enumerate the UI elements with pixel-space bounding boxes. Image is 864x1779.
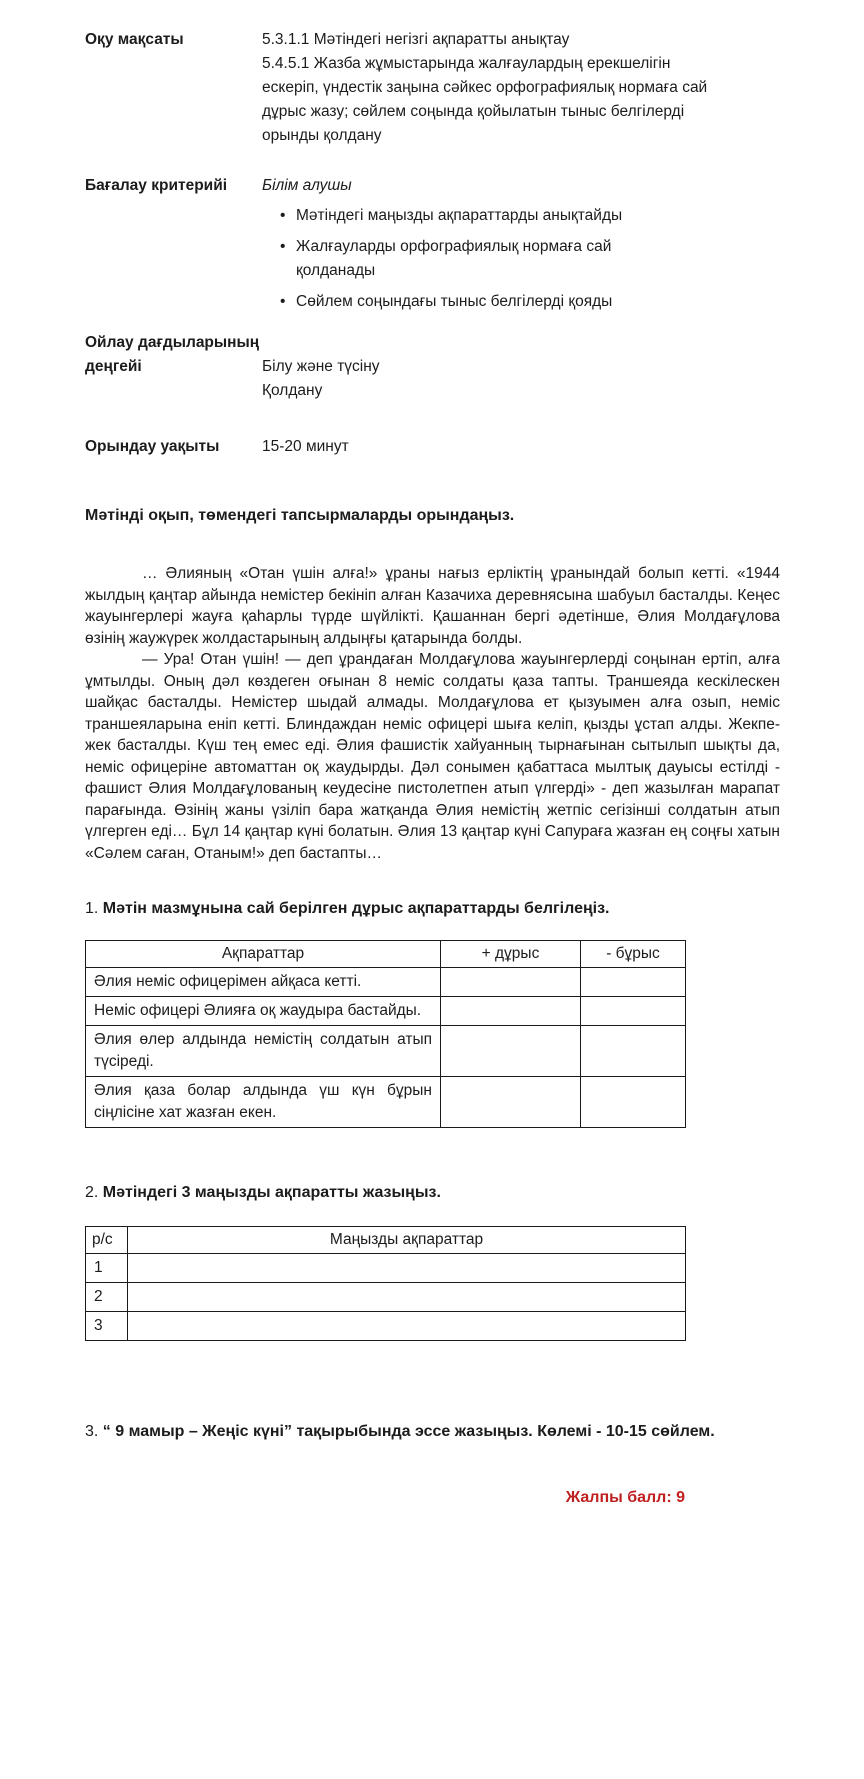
task1-row1-correct-cell	[441, 968, 581, 997]
reading-passage: … Әлияның «Отан үшін алға!» ұраны нағыз …	[85, 563, 780, 864]
task1-row1-incorrect-cell	[581, 968, 686, 997]
task1-row3-correct-cell	[441, 1026, 581, 1077]
task2-number: 2.	[85, 1184, 98, 1201]
criteria-intro: Білім алушы	[262, 174, 712, 198]
task2-row1-answer-cell	[128, 1254, 686, 1283]
task2-row2-answer-cell	[128, 1283, 686, 1312]
task1-table: Ақпараттар + дұрыс - бұрыс Әлия неміс оф…	[85, 940, 686, 1128]
task1-table-header-row: Ақпараттар + дұрыс - бұрыс	[86, 941, 686, 968]
objective-item-2: 5.4.5.1 Жазба жұмыстарында жалғаулардың …	[262, 52, 712, 148]
task3-heading: 3. “ 9 мамыр – Жеңіс күні” тақырыбында э…	[85, 1421, 780, 1443]
learning-objective-row: Оқу мақсаты 5.3.1.1 Мәтіндегі негізгі ақ…	[85, 28, 780, 148]
learning-objective-value: 5.3.1.1 Мәтіндегі негізгі ақпаратты анық…	[262, 28, 712, 148]
task3-number: 3.	[85, 1423, 98, 1440]
task2-row2-number: 2	[86, 1283, 128, 1312]
task2-table-row: 2	[86, 1283, 686, 1312]
task1-heading: 1. Мәтін мазмұнына сай берілген дұрыс ақ…	[85, 898, 780, 920]
task2-table-row: 3	[86, 1312, 686, 1341]
task1-row2-incorrect-cell	[581, 997, 686, 1026]
thinking-skills-label-line2: деңгейі	[85, 355, 262, 379]
document-page: Оқу мақсаты 5.3.1.1 Мәтіндегі негізгі ақ…	[0, 0, 864, 1779]
task3-title: “ 9 мамыр – Жеңіс күні” тақырыбында эссе…	[103, 1423, 715, 1440]
task2-header-info: Маңызды ақпараттар	[128, 1227, 686, 1254]
task1-table-row: Әлия қаза болар алдында үш күн бұрын сің…	[86, 1077, 686, 1128]
task1-row1-statement: Әлия неміс офицерімен айқаса кетті.	[86, 968, 441, 997]
passage-paragraph-1: … Әлияның «Отан үшін алға!» ұраны нағыз …	[85, 563, 780, 649]
total-score-line: Жалпы балл: 9	[85, 1487, 685, 1509]
task2-row3-number: 3	[86, 1312, 128, 1341]
assessment-criteria-label: Бағалау критерийі	[85, 174, 262, 321]
task1-table-row: Әлия өлер алдында немістің солдатын атып…	[86, 1026, 686, 1077]
task2-row3-answer-cell	[128, 1312, 686, 1341]
task1-row2-statement: Неміс офицері Әлияға оқ жаудыра бастайды…	[86, 997, 441, 1026]
criteria-bullet-1: Мәтіндегі маңызды ақпараттарды анықтайды	[278, 204, 638, 228]
task1-title: Мәтін мазмұнына сай берілген дұрыс ақпар…	[103, 900, 610, 917]
task2-heading: 2. Мәтіндегі 3 маңызды ақпаратты жазыңыз…	[85, 1182, 780, 1204]
criteria-bullet-list: Мәтіндегі маңызды ақпараттарды анықтайды…	[278, 204, 712, 314]
bottom-whitespace	[85, 1509, 780, 1739]
task1-header-incorrect: - бұрыс	[581, 941, 686, 968]
criteria-bullet-2: Жалғауларды орфографиялық нормаға сай қо…	[278, 235, 638, 283]
thinking-skills-row: Ойлау дағдыларының деңгейі Білу және түс…	[85, 331, 780, 403]
task1-header-info: Ақпараттар	[86, 941, 441, 968]
execution-time-row: Орындау уақыты 15-20 минут	[85, 435, 780, 459]
task2-table-header-row: р/с Маңызды ақпараттар	[86, 1227, 686, 1254]
task1-number: 1.	[85, 900, 98, 917]
task1-row2-correct-cell	[441, 997, 581, 1026]
task1-row4-statement: Әлия қаза болар алдында үш күн бұрын сің…	[86, 1077, 441, 1128]
objective-item-1: 5.3.1.1 Мәтіндегі негізгі ақпаратты анық…	[262, 28, 712, 52]
task1-row4-correct-cell	[441, 1077, 581, 1128]
passage-paragraph-2: — Ура! Отан үшін! — деп ұрандаған Молдағ…	[85, 649, 780, 864]
total-score: Жалпы балл: 9	[566, 1489, 685, 1506]
task2-table-row: 1	[86, 1254, 686, 1283]
thinking-skills-label: Ойлау дағдыларының деңгейі	[85, 331, 262, 403]
instruction-heading: Мәтінді оқып, төмендегі тапсырмаларды ор…	[85, 505, 780, 527]
learning-objective-label: Оқу мақсаты	[85, 28, 262, 148]
thinking-skills-value-1: Білу және түсіну	[262, 355, 712, 379]
assessment-criteria-value: Білім алушы Мәтіндегі маңызды ақпараттар…	[262, 174, 712, 321]
task1-table-row: Неміс офицері Әлияға оқ жаудыра бастайды…	[86, 997, 686, 1026]
task1-header-correct: + дұрыс	[441, 941, 581, 968]
task2-header-number: р/с	[86, 1227, 128, 1254]
execution-time-value: 15-20 минут	[262, 435, 712, 459]
thinking-skills-value: Білу және түсіну Қолдану	[262, 355, 712, 403]
assessment-criteria-row: Бағалау критерийі Білім алушы Мәтіндегі …	[85, 174, 780, 321]
thinking-skills-label-line1: Ойлау дағдыларының	[85, 331, 262, 355]
execution-time-label: Орындау уақыты	[85, 435, 262, 459]
task2-row1-number: 1	[86, 1254, 128, 1283]
task1-row3-incorrect-cell	[581, 1026, 686, 1077]
task2-title: Мәтіндегі 3 маңызды ақпаратты жазыңыз.	[103, 1184, 441, 1201]
task1-row4-incorrect-cell	[581, 1077, 686, 1128]
criteria-bullet-3: Сөйлем соңындағы тыныс белгілерді қояды	[278, 290, 638, 314]
task2-table: р/с Маңызды ақпараттар 1 2 3	[85, 1226, 686, 1341]
task1-table-row: Әлия неміс офицерімен айқаса кетті.	[86, 968, 686, 997]
task1-row3-statement: Әлия өлер алдында немістің солдатын атып…	[86, 1026, 441, 1077]
thinking-skills-value-2: Қолдану	[262, 379, 712, 403]
